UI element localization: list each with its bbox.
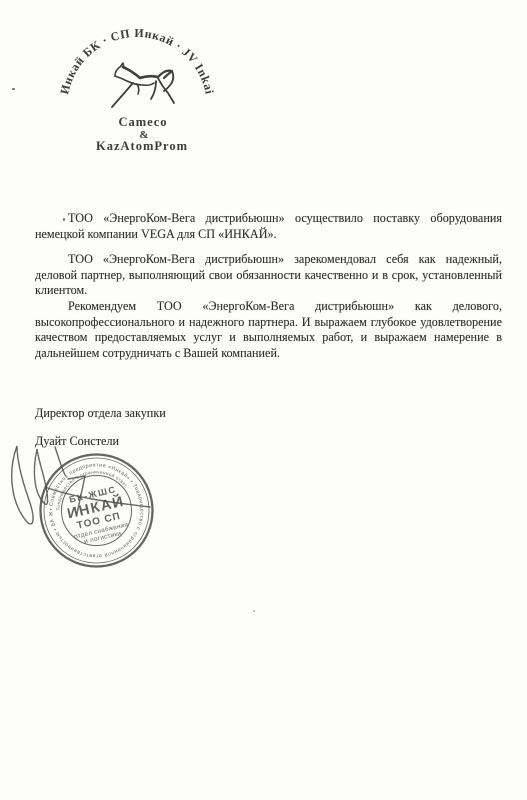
company-logo: Инкай БК · СП Инкай · JV Inkai Cameco & … [50,22,250,162]
paragraph-reliability: ТОО «ЭнергоКом-Вега дистрибьюшн» зареком… [35,252,502,299]
logo-brand-kazatomprom: KazAtomProm [96,139,188,153]
signature-loop-middle [34,449,47,504]
signature-strike-line [45,487,150,507]
logo-brand-cameco: Cameco [118,115,167,129]
letter-body: ТОО «ЭнергоКом-Вега дистрибьюшн» осущест… [35,211,502,361]
signer-title: Директор отдела закупки [35,406,166,421]
scanned-letter-page: Инкай БК · СП Инкай · JV Inkai Cameco & … [0,0,527,800]
scan-speck [63,218,65,221]
scan-speck [253,610,255,612]
scan-speck [12,88,15,90]
signature-stroke-small [55,447,65,475]
paragraph-recommendation: Рекомендуем ТОО «ЭнергоКом-Вега дистрибь… [35,299,502,361]
handwritten-signature [0,430,170,545]
galloping-horse-icon [112,63,174,107]
signature-loop-left [12,446,33,524]
paragraph-delivery: ТОО «ЭнергоКом-Вега дистрибьюшн» осущест… [35,211,502,242]
